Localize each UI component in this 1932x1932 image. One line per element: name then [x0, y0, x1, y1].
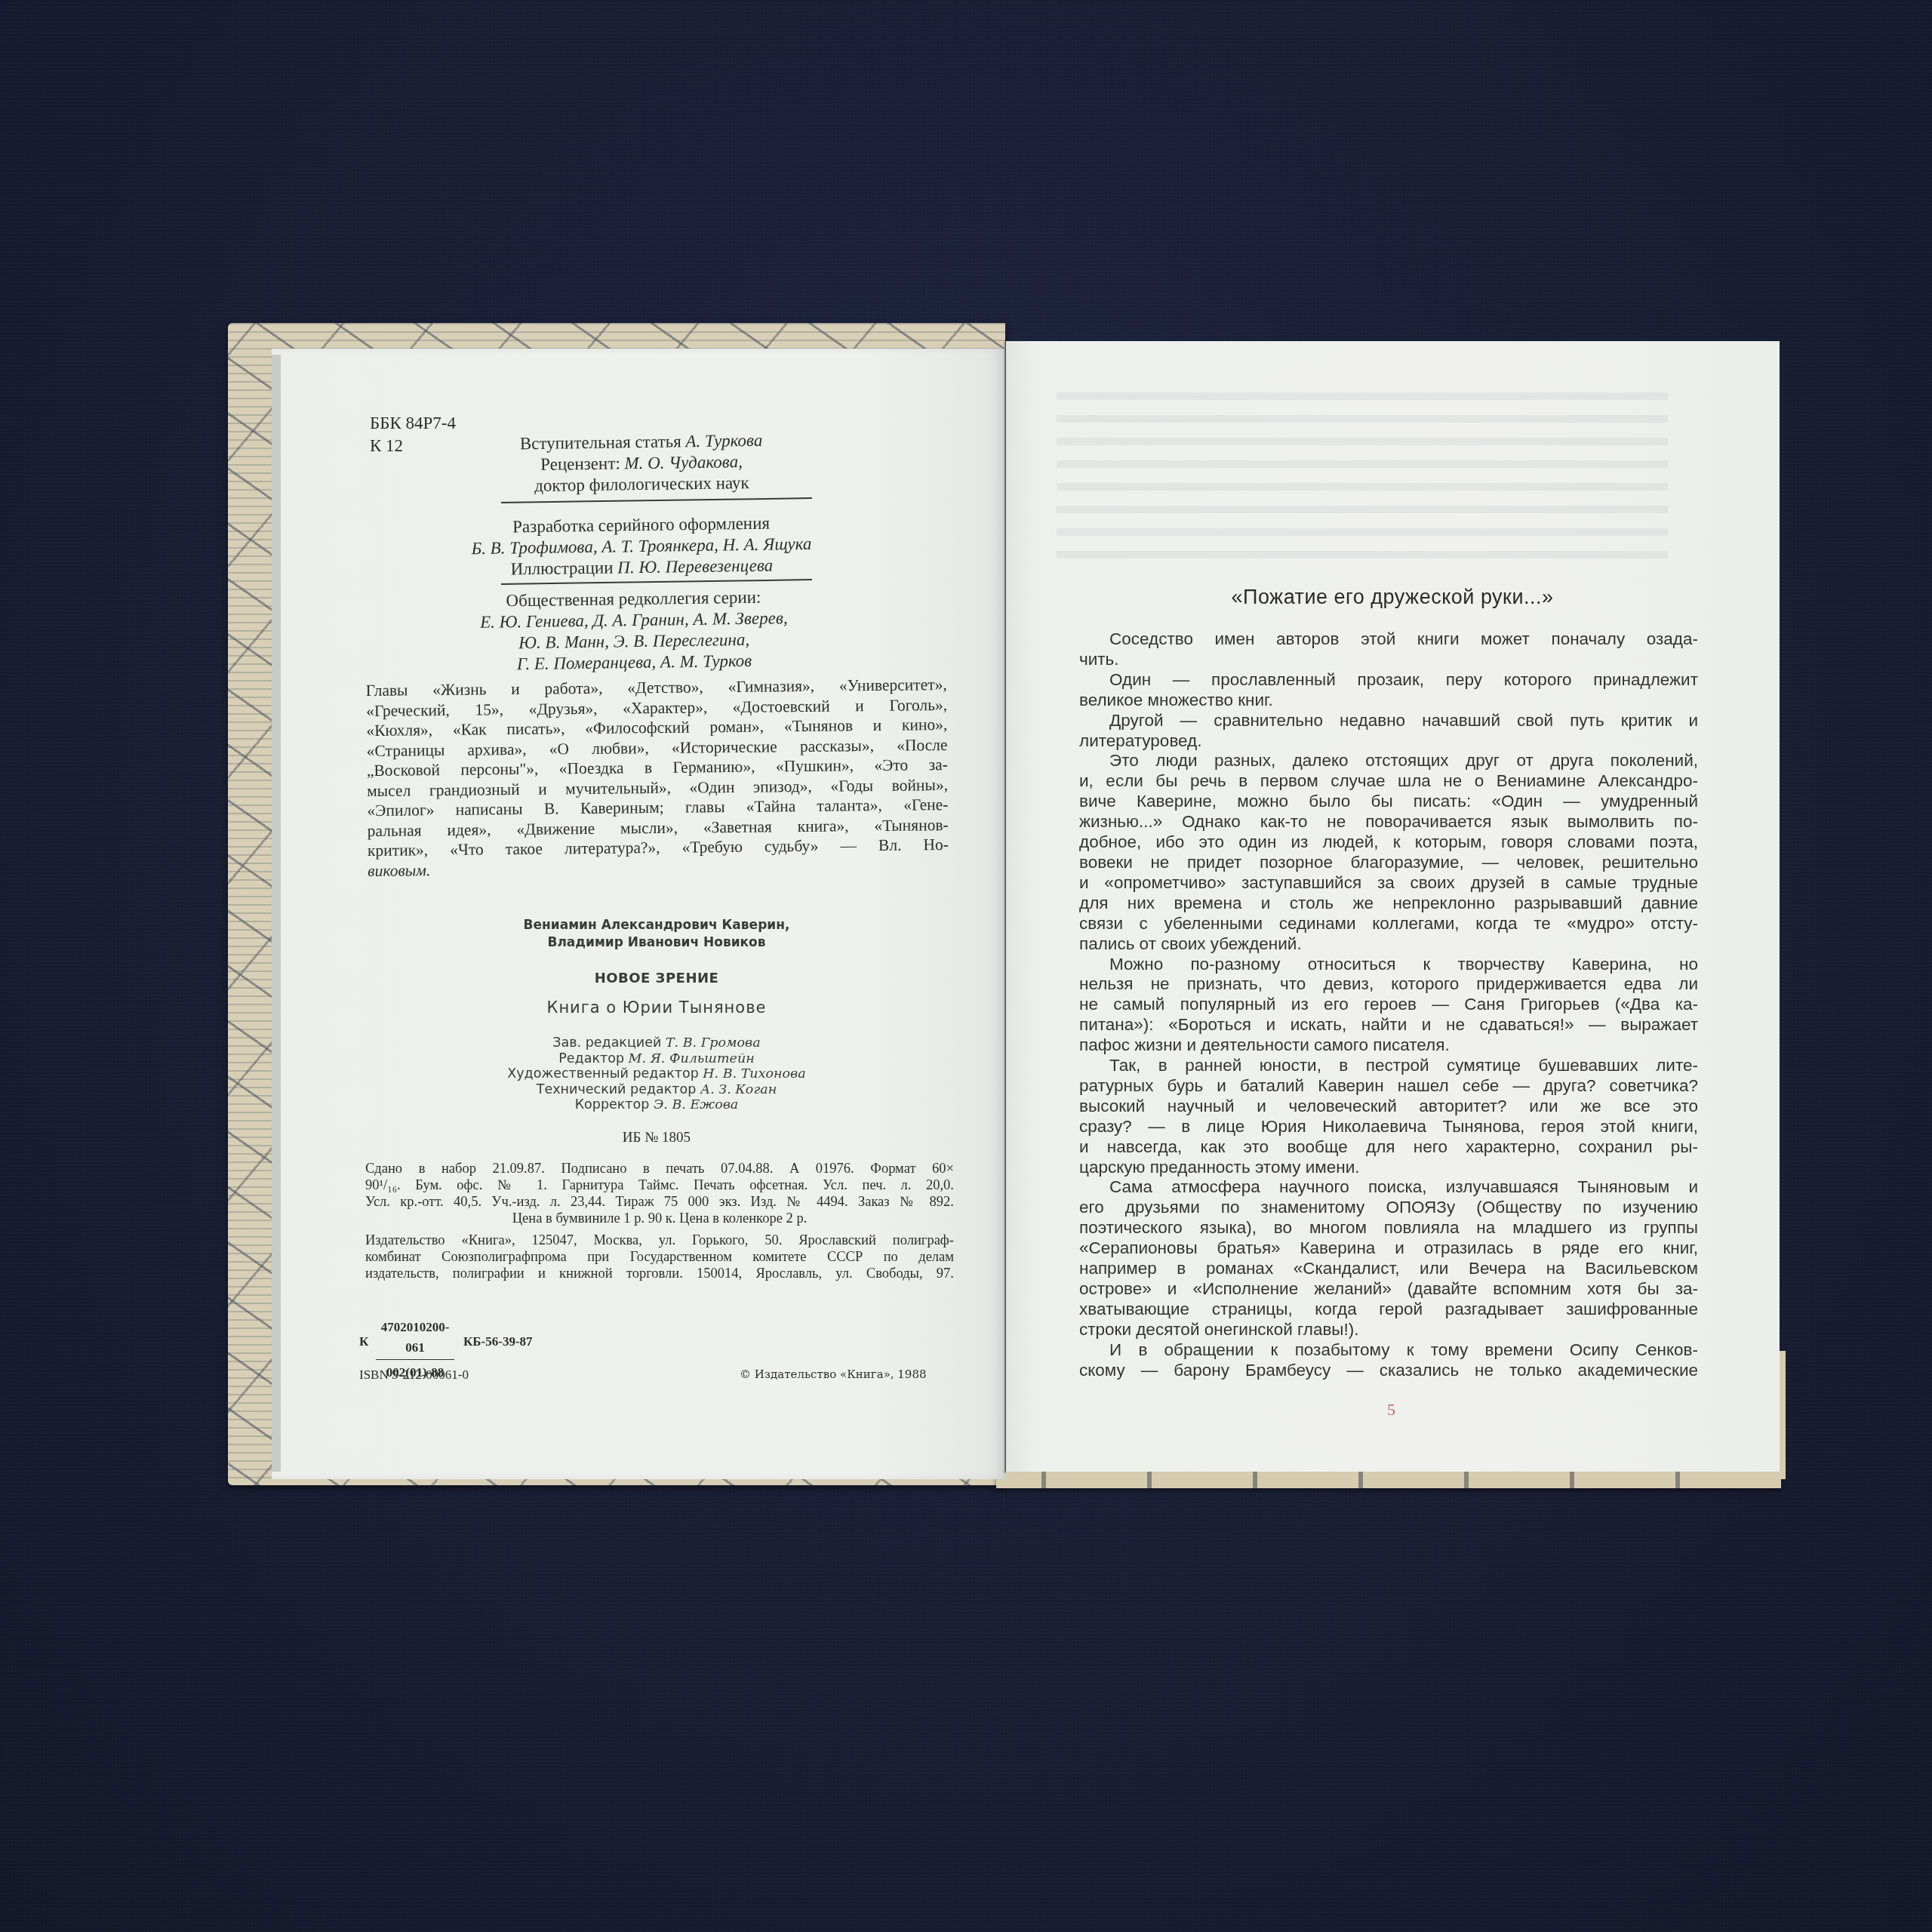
body-text-line: для них времена и столь же непреклонно р…	[1079, 894, 1698, 914]
publisher-line: комбинат Союзполиграфпрома при Государст…	[365, 1249, 954, 1266]
k-code: К 12	[370, 435, 456, 457]
body-text-line: не самый популярный из его героев — Саня…	[1079, 995, 1698, 1015]
body-text-line: жизнью...» Однако как-то не поворачивает…	[1079, 812, 1698, 832]
catalog-k: К	[359, 1331, 368, 1352]
body-text-line: И в обращении к позабытому к тому времен…	[1079, 1340, 1698, 1361]
classification-codes: ББК 84Р7-4 К 12	[370, 412, 456, 457]
staff-line: Редактор М. Я. Фильштейн	[483, 1051, 830, 1067]
left-page-edge	[272, 355, 281, 1472]
body-text-line: и «опрометчиво» заступавшийся за своих д…	[1079, 873, 1698, 894]
body-text-line: чить.	[1079, 650, 1698, 670]
author-name: Владимир Иванович Новиков	[483, 934, 830, 952]
body-text-line: «Серапионовы братья» Каверина и отразила…	[1079, 1238, 1698, 1259]
body-text-line: литературовед.	[1079, 731, 1698, 752]
book-title: НОВОЕ ЗРЕНИЕ	[483, 968, 830, 989]
publisher-info: Издательство «Книга», 125047, Москва, ул…	[365, 1232, 954, 1282]
staff-line: Зав. редакцией Т. В. Громова	[483, 1035, 830, 1051]
book-cover-bottom-edge	[996, 1472, 1781, 1488]
body-text-line: строки десятой онегинской главы!).	[1079, 1320, 1698, 1340]
ib-number: ИБ № 1805	[483, 1128, 830, 1148]
body-text-line: Сама атмосфера научного поиска, излучавш…	[1079, 1177, 1698, 1198]
body-text-line: и, если бы речь в первом случае шла не о…	[1079, 771, 1698, 792]
author-name: Вениамин Александрович Каверин,	[483, 917, 830, 934]
show-through-text	[1057, 392, 1668, 574]
print-details-line: 90¹/₁₆. Бум. офс. № 1. Гарнитура Таймс. …	[365, 1177, 954, 1194]
staff-line: Технический редактор А. З. Коган	[483, 1082, 830, 1098]
body-text-line: высокий научный и человеческий авторитет…	[1079, 1097, 1698, 1117]
body-text-line: Соседство имен авторов этой книги может …	[1079, 629, 1698, 650]
body-text-line: виче Каверине, можно было бы писать: «Од…	[1079, 792, 1698, 812]
staff-line: Художественный редактор Н. В. Тихонова	[483, 1066, 830, 1082]
isbn: ISBN 5-212-00061-0	[359, 1364, 469, 1385]
body-text-line: пались от своих убеждений.	[1079, 934, 1698, 955]
body-text-line: великое множество книг.	[1079, 691, 1698, 711]
print-details-line: Сдано в набор 21.09.87. Подписано в печа…	[365, 1161, 954, 1177]
book-cover-right-edge	[1780, 1351, 1786, 1479]
book-subtitle: Книга о Юрии Тынянове	[483, 998, 830, 1018]
chapters-note: Главы «Жизнь и работа», «Детство», «Гимн…	[366, 675, 949, 881]
copyright: © Издательство «Книга», 1988	[740, 1364, 927, 1385]
publisher-line: Издательство «Книга», 125047, Москва, ул…	[365, 1232, 954, 1249]
publisher-line: издательств, полиграфии и книжной торгов…	[365, 1266, 954, 1282]
editorial-staff: Зав. редакцией Т. В. Громова Редактор М.…	[483, 1035, 830, 1113]
body-text-line: царскую преданность этому имени.	[1079, 1158, 1698, 1178]
body-text-line: нельзя не признать, что девиз, которого …	[1079, 974, 1698, 995]
body-text-line: поэтического языка), во многом повлияла …	[1079, 1218, 1698, 1238]
body-text-line: Так, в ранней юности, в пестрой сумятице…	[1079, 1056, 1698, 1076]
body-text-line: Это люди разных, далеко отстоящих друг о…	[1079, 751, 1698, 771]
body-text-line: хватывающие страницы, когда герой разгад…	[1079, 1300, 1698, 1320]
body-text: Соседство имен авторов этой книги может …	[1079, 629, 1698, 1381]
bbk-code: ББК 84Р7-4	[370, 412, 456, 435]
body-text-line: пафос жизни и деятельности самого писате…	[1079, 1035, 1698, 1056]
editorial-board: Общественная редколлегия серии: Е. Ю. Ге…	[437, 586, 831, 675]
page-number: 5	[1387, 1400, 1395, 1420]
body-text-line: его друзьями по знаменитому ОПОЯЗу (Обще…	[1079, 1198, 1698, 1218]
design-credits: Разработка серийного оформления Б. В. Тр…	[437, 512, 845, 581]
catalog-numerator: 4702010200- 061	[376, 1317, 454, 1360]
chapter-title: «Пожатие его дружеской руки...»	[1064, 586, 1721, 609]
print-details-line: Усл. кр.-отт. 40,5. Уч.-изд. л. 23,44. Т…	[365, 1194, 954, 1211]
print-details: Сдано в набор 21.09.87. Подписано в печа…	[365, 1161, 954, 1227]
body-text-line: например в романах «Скандалист, или Вече…	[1079, 1259, 1698, 1279]
price-line: Цена в бумвиниле 1 р. 90 к. Цена в колен…	[365, 1211, 954, 1227]
book-authors: Вениамин Александрович Каверин, Владимир…	[483, 917, 830, 952]
body-text-line: и навсегда, как это вообще для него хара…	[1079, 1137, 1698, 1158]
body-text-line: добное, ибо это один из людей, к которым…	[1079, 832, 1698, 853]
body-text-line: сразу? — в лице Юрия Николаевича Тынянов…	[1079, 1117, 1698, 1137]
body-text-line: Другой — сравнительно недавно начавший с…	[1079, 711, 1698, 731]
body-text-line: вовеки не придет позорное благоразумие, …	[1079, 853, 1698, 873]
body-text-line: связи с убеленными сединами коллегами, к…	[1079, 914, 1698, 934]
body-text-line: ратурных бурь и баталий Каверин нашел се…	[1079, 1076, 1698, 1097]
body-text-line: питана»): «Бороться и искать, найти и не…	[1079, 1015, 1698, 1035]
book-gutter	[1004, 341, 1006, 1473]
body-text-line: скому — барону Брамбеусу — сказались не …	[1079, 1361, 1698, 1381]
body-text-line: острове» и «Исполнение желаний» (давайте…	[1079, 1279, 1698, 1300]
kb-code: КБ-56-39-87	[463, 1331, 533, 1352]
intro-credits: Вступительная статья А. Туркова Рецензен…	[467, 429, 815, 497]
body-text-line: Один — прославленный прозаик, перу котор…	[1079, 670, 1698, 691]
staff-line: Корректор Э. В. Ежова	[483, 1097, 830, 1113]
body-text-line: Можно по-разному относиться к творчеству…	[1079, 955, 1698, 975]
